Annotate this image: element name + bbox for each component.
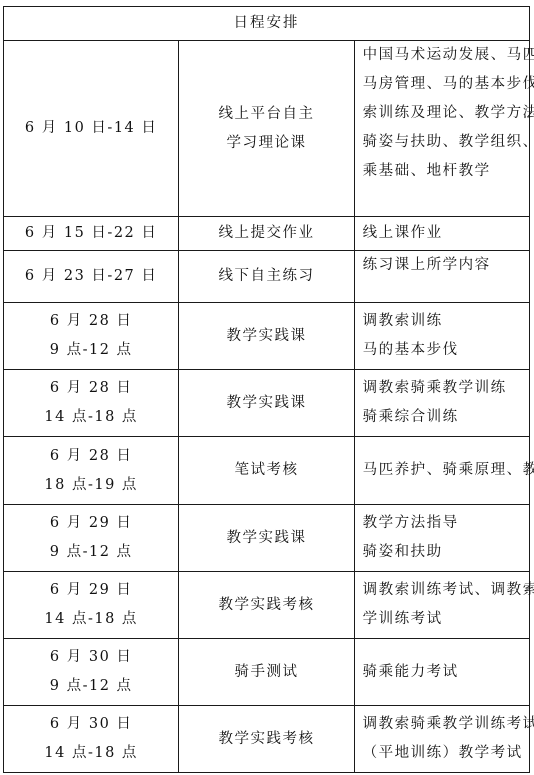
date-cell: 6 月 28 日 14 点-18 点 (4, 370, 179, 437)
table-title: 日程安排 (4, 7, 530, 41)
date-cell: 6 月 29 日 9 点-12 点 (4, 505, 179, 572)
type-cell: 教学实践考核 (179, 572, 354, 639)
type-cell: 教学实践课 (179, 505, 354, 572)
type-line: 骑手测试 (179, 658, 353, 687)
type-line: 线上提交作业 (179, 219, 353, 248)
content-line: 教学方法指导 (363, 509, 527, 538)
content-line: 练习课上所学内容 (363, 251, 527, 280)
date-line: 6 月 10 日-14 日 (4, 114, 178, 143)
header-row: 日程安排 (4, 7, 530, 41)
schedule-table: 日程安排 6 月 10 日-14 日 线上平台自主 学习理论课 中国马术运动发展… (3, 6, 530, 773)
content-line: 马房管理、马的基本步伐、调教 (363, 70, 527, 99)
date-line: 6 月 28 日 (4, 374, 178, 403)
content-line: 马的基本步伐 (363, 336, 527, 365)
content-line: 马匹养护、骑乘原理、教学理论 (363, 456, 527, 485)
type-cell: 教学实践课 (179, 370, 354, 437)
type-cell: 线下自主练习 (179, 251, 354, 303)
table-row: 6 月 23 日-27 日 线下自主练习 练习课上所学内容 (4, 251, 530, 303)
table-row: 6 月 28 日 9 点-12 点 教学实践课 调教索训练 马的基本步伐 (4, 303, 530, 370)
date-line: 6 月 28 日 (4, 442, 178, 471)
table-row: 6 月 30 日 9 点-12 点 骑手测试 骑乘能力考试 (4, 639, 530, 706)
time-line: 9 点-12 点 (4, 538, 178, 567)
content-cell: 调教索训练考试、调教索骑乘教 学训练考试 (354, 572, 529, 639)
table-row: 6 月 28 日 18 点-19 点 笔试考核 马匹养护、骑乘原理、教学理论 (4, 437, 530, 505)
content-cell: 调教索骑乘教学训练考试、舞步 （平地训练）教学考试 (354, 706, 529, 773)
date-line: 6 月 28 日 (4, 307, 178, 336)
content-line: 索训练及理论、教学方法指导、 (363, 99, 527, 128)
date-cell: 6 月 23 日-27 日 (4, 251, 179, 303)
content-cell: 骑乘能力考试 (354, 639, 529, 706)
content-line: 骑乘综合训练 (363, 403, 527, 432)
time-line: 14 点-18 点 (4, 605, 178, 634)
type-cell: 线上平台自主 学习理论课 (179, 41, 354, 217)
date-cell: 6 月 29 日 14 点-18 点 (4, 572, 179, 639)
date-cell: 6 月 30 日 9 点-12 点 (4, 639, 179, 706)
type-line: 线下自主练习 (179, 262, 353, 291)
content-line: 调教索骑乘教学训练 (363, 374, 527, 403)
table-row: 6 月 29 日 14 点-18 点 教学实践考核 调教索训练考试、调教索骑乘教… (4, 572, 530, 639)
type-line: 教学实践考核 (179, 591, 353, 620)
date-cell: 6 月 28 日 9 点-12 点 (4, 303, 179, 370)
content-line: 调教索训练 (363, 307, 527, 336)
content-cell: 练习课上所学内容 (354, 251, 529, 303)
type-cell: 教学实践课 (179, 303, 354, 370)
table-row: 6 月 30 日 14 点-18 点 教学实践考核 调教索骑乘教学训练考试、舞步… (4, 706, 530, 773)
type-line: 线上平台自主 (179, 100, 353, 129)
time-line: 14 点-18 点 (4, 739, 178, 768)
table-row: 6 月 29 日 9 点-12 点 教学实践课 教学方法指导 骑姿和扶助 (4, 505, 530, 572)
time-line: 18 点-19 点 (4, 471, 178, 500)
type-cell: 线上提交作业 (179, 217, 354, 251)
time-line: 9 点-12 点 (4, 336, 178, 365)
content-line: 学训练考试 (363, 605, 527, 634)
date-line: 6 月 23 日-27 日 (4, 262, 178, 291)
date-line: 6 月 30 日 (4, 643, 178, 672)
content-cell: 马匹养护、骑乘原理、教学理论 (354, 437, 529, 505)
content-cell: 调教索训练 马的基本步伐 (354, 303, 529, 370)
type-line: 学习理论课 (179, 129, 353, 158)
table-row: 6 月 28 日 14 点-18 点 教学实践课 调教索骑乘教学训练 骑乘综合训… (4, 370, 530, 437)
content-line: 线上课作业 (363, 219, 527, 248)
time-line: 9 点-12 点 (4, 672, 178, 701)
table-row: 6 月 10 日-14 日 线上平台自主 学习理论课 中国马术运动发展、马匹常识… (4, 41, 530, 217)
date-cell: 6 月 10 日-14 日 (4, 41, 179, 217)
type-line: 教学实践考核 (179, 725, 353, 754)
date-cell: 6 月 28 日 18 点-19 点 (4, 437, 179, 505)
content-line: 骑姿和扶助 (363, 538, 527, 567)
content-cell: 教学方法指导 骑姿和扶助 (354, 505, 529, 572)
type-cell: 笔试考核 (179, 437, 354, 505)
date-line: 6 月 15 日-22 日 (4, 219, 178, 248)
date-line: 6 月 29 日 (4, 509, 178, 538)
content-line: 骑姿与扶助、教学组织、障碍骑 (363, 128, 527, 157)
type-line: 笔试考核 (179, 456, 353, 485)
type-line: 教学实践课 (179, 322, 353, 351)
type-line: 教学实践课 (179, 389, 353, 418)
content-line: 调教索训练考试、调教索骑乘教 (363, 576, 527, 605)
content-line: （平地训练）教学考试 (363, 739, 527, 768)
table-row: 6 月 15 日-22 日 线上提交作业 线上课作业 (4, 217, 530, 251)
content-cell: 调教索骑乘教学训练 骑乘综合训练 (354, 370, 529, 437)
date-line: 6 月 30 日 (4, 710, 178, 739)
content-line: 乘基础、地杆教学 (363, 157, 527, 186)
date-cell: 6 月 30 日 14 点-18 点 (4, 706, 179, 773)
type-cell: 教学实践考核 (179, 706, 354, 773)
content-line: 骑乘能力考试 (363, 658, 527, 687)
type-cell: 骑手测试 (179, 639, 354, 706)
content-cell: 中国马术运动发展、马匹常识、 马房管理、马的基本步伐、调教 索训练及理论、教学方… (354, 41, 529, 217)
content-line: 中国马术运动发展、马匹常识、 (363, 41, 527, 70)
type-line: 教学实践课 (179, 524, 353, 553)
time-line: 14 点-18 点 (4, 403, 178, 432)
content-line: 调教索骑乘教学训练考试、舞步 (363, 710, 527, 739)
date-cell: 6 月 15 日-22 日 (4, 217, 179, 251)
date-line: 6 月 29 日 (4, 576, 178, 605)
content-cell: 线上课作业 (354, 217, 529, 251)
